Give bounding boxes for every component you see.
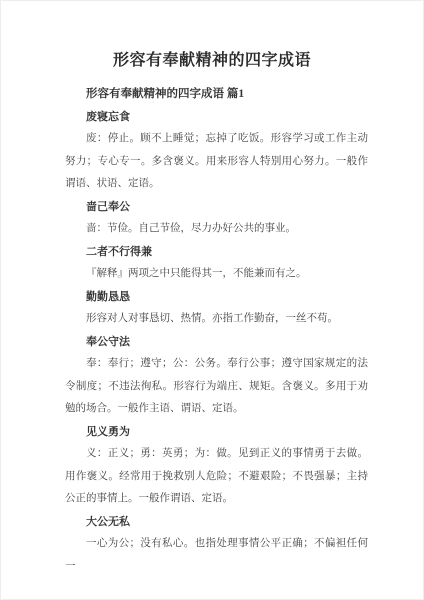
document-page: 形容有奉献精神的四字成语 形容有奉献精神的四字成语 篇1 废寝忘食 废：停止。顾… [0, 0, 424, 600]
idiom-definition: 形容对人对事恳切、热情。亦指工作勤奋，一丝不苟。 [65, 308, 368, 331]
document-subtitle: 形容有奉献精神的四字成语 篇1 [65, 83, 368, 106]
idiom-section: 见义勇为 义：正义；勇：英勇；为：做。见到正义的事情勇于去做。用作褒义。经常用于… [65, 421, 368, 511]
page-title: 形容有奉献精神的四字成语 [1, 1, 423, 72]
idiom-section: 啬己奉公 啬：节俭。自己节俭，尽力办好公共的事业。 [65, 196, 368, 241]
idiom-term: 废寝忘食 [65, 106, 368, 129]
idiom-term: 二者不行得兼 [65, 241, 368, 264]
idiom-definition: 啬：节俭。自己节俭，尽力办好公共的事业。 [65, 218, 368, 241]
idiom-section: 勤勤恳恳 形容对人对事恳切、热情。亦指工作勤奋，一丝不苟。 [65, 286, 368, 331]
document-body: 形容有奉献精神的四字成语 篇1 废寝忘食 废：停止。顾不上睡觉；忘掉了吃饭。形容… [65, 83, 368, 578]
idiom-term: 勤勤恳恳 [65, 286, 368, 309]
idiom-definition: 一心为公；没有私心。也指处理事情公平正确；不偏袒任何一 [65, 533, 368, 578]
idiom-definition: 废：停止。顾不上睡觉；忘掉了吃饭。形容学习或工作主动努力；专心专一。多含褒义。用… [65, 128, 368, 196]
idiom-section: 废寝忘食 废：停止。顾不上睡觉；忘掉了吃饭。形容学习或工作主动努力；专心专一。多… [65, 106, 368, 196]
idiom-section: 奉公守法 奉：奉行；遵守；公：公务。奉行公事；遵守国家规定的法令制度；不违法徇私… [65, 331, 368, 421]
idiom-definition: 奉：奉行；遵守；公：公务。奉行公事；遵守国家规定的法令制度；不违法徇私。形容行为… [65, 353, 368, 421]
idiom-definition: 义：正义；勇：英勇；为：做。见到正义的事情勇于去做。用作褒义。经常用于挽救别人危… [65, 443, 368, 511]
idiom-section: 大公无私 一心为公；没有私心。也指处理事情公平正确；不偏袒任何一 [65, 511, 368, 579]
idiom-definition: 『解释』两项之中只能得其一，不能兼而有之。 [65, 263, 368, 286]
idiom-term: 奉公守法 [65, 331, 368, 354]
idiom-term: 大公无私 [65, 511, 368, 534]
idiom-term: 见义勇为 [65, 421, 368, 444]
idiom-term: 啬己奉公 [65, 196, 368, 219]
idiom-section: 二者不行得兼 『解释』两项之中只能得其一，不能兼而有之。 [65, 241, 368, 286]
